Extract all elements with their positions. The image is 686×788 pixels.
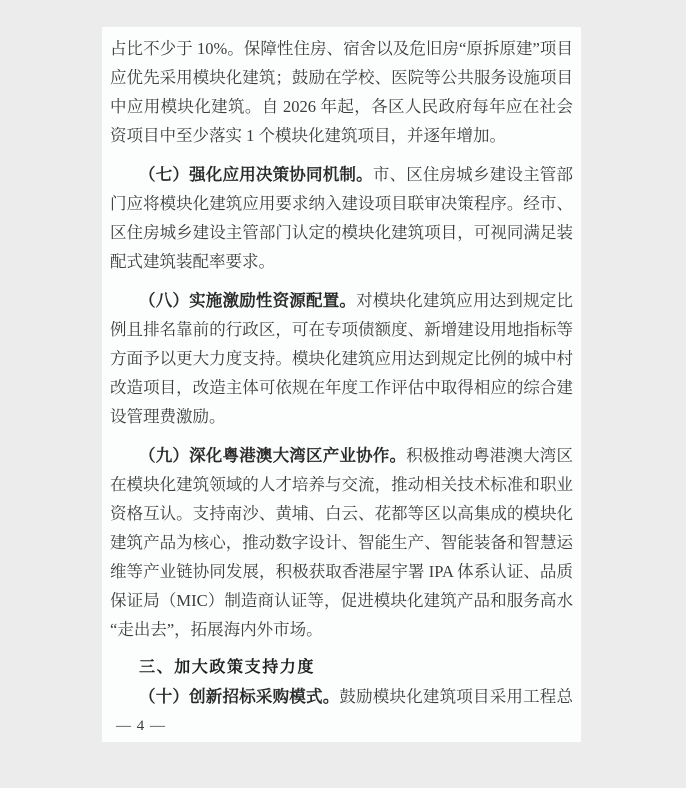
document-viewer: 占比不少于 10%。保障性住房、宿舍以及危旧房“原拆原建”项目应优先采用模块化建…: [0, 0, 686, 788]
text-line: 维等产业链协同发展，积极获取香港屋宇署 IPA 体系认证、品质: [110, 557, 573, 586]
body-text: 维等产业链协同发展，积极获取香港屋宇署 IPA 体系认证、品质: [110, 562, 573, 581]
text-line: （十）创新招标采购模式。鼓励模块化建筑项目采用工程总: [110, 682, 573, 711]
emphasis-text: （十）创新招标采购模式。: [139, 687, 339, 706]
text-line: 在模块化建筑领域的人才培养与交流，推动相关技术标准和职业: [110, 470, 573, 499]
text-line: “走出去”，拓展海内外市场。: [110, 615, 573, 644]
body-text: 区住房城乡建设主管部门认定的模块化建筑项目，可视同满足装: [110, 223, 573, 242]
body-text: 配式建筑装配率要求。: [110, 252, 275, 271]
body-text: 设管理费激励。: [110, 407, 226, 426]
document-body: 占比不少于 10%。保障性住房、宿舍以及危旧房“原拆原建”项目应优先采用模块化建…: [110, 34, 573, 711]
paragraph: （九）深化粤港澳大湾区产业协作。积极推动粤港澳大湾区在模块化建筑领域的人才培养与…: [110, 441, 573, 644]
body-text: 中应用模块化建筑。自 2026 年起，各区人民政府每年应在社会投: [110, 97, 573, 121]
text-line: （九）深化粤港澳大湾区产业协作。积极推动粤港澳大湾区: [110, 441, 573, 470]
text-line: 方面予以更大力度支持。模块化建筑应用达到规定比例的城中村: [110, 344, 573, 373]
body-text: 市、区住房城乡建设主管部: [373, 165, 573, 184]
text-line: 占比不少于 10%。保障性住房、宿舍以及危旧房“原拆原建”项目: [110, 34, 573, 63]
text-line: 门应将模块化建筑应用要求纳入建设项目联审决策程序。经市、: [110, 189, 573, 218]
paragraph: （七）强化应用决策协同机制。市、区住房城乡建设主管部门应将模块化建筑应用要求纳入…: [110, 160, 573, 276]
body-text: 改造项目，改造主体可依规在年度工作评估中取得相应的综合建: [110, 378, 573, 397]
text-line: 配式建筑装配率要求。: [110, 247, 573, 276]
text-line: 设管理费激励。: [110, 402, 573, 431]
body-text: 门应将模块化建筑应用要求纳入建设项目联审决策程序。经市、: [110, 194, 573, 213]
text-line: 资格互认。支持南沙、黄埔、白云、花都等区以高集成的模块化: [110, 499, 573, 528]
page-number: — 4 —: [116, 716, 573, 736]
text-line: 建筑产品为核心，推动数字设计、智能生产、智能装备和智慧运: [110, 528, 573, 557]
body-text: 资格互认。支持南沙、黄埔、白云、花都等区以高集成的模块化: [110, 504, 573, 523]
body-text: 建筑产品为核心，推动数字设计、智能生产、智能装备和智慧运: [110, 533, 573, 552]
text-line: 区住房城乡建设主管部门认定的模块化建筑项目，可视同满足装: [110, 218, 573, 247]
section-heading: 三、加大政策支持力度: [110, 652, 573, 681]
text-line: （八）实施激励性资源配置。对模块化建筑应用达到规定比: [110, 286, 573, 315]
body-text: 鼓励模块化建筑项目采用工程总: [339, 687, 573, 706]
text-line: 改造项目，改造主体可依规在年度工作评估中取得相应的综合建: [110, 373, 573, 402]
text-line: 保证局（MIC）制造商认证等，促进模块化建筑产品和服务高水平: [110, 586, 573, 615]
emphasis-text: （八）实施激励性资源配置。: [139, 291, 356, 310]
text-line: 三、加大政策支持力度: [110, 652, 573, 681]
body-text: 在模块化建筑领域的人才培养与交流，推动相关技术标准和职业: [110, 475, 573, 494]
paragraph: 占比不少于 10%。保障性住房、宿舍以及危旧房“原拆原建”项目应优先采用模块化建…: [110, 34, 573, 150]
paragraph: （八）实施激励性资源配置。对模块化建筑应用达到规定比例且排名靠前的行政区，可在专…: [110, 286, 573, 431]
body-text: 应优先采用模块化建筑；鼓励在学校、医院等公共服务设施项目: [110, 68, 573, 87]
emphasis-text: 三、加大政策支持力度: [139, 659, 315, 676]
body-text: 资项目中至少落实 1 个模块化建筑项目，并逐年增加。: [110, 126, 506, 145]
text-line: 应优先采用模块化建筑；鼓励在学校、医院等公共服务设施项目: [110, 63, 573, 92]
text-line: （七）强化应用决策协同机制。市、区住房城乡建设主管部: [110, 160, 573, 189]
body-text: 例且排名靠前的行政区，可在专项债额度、新增建设用地指标等: [110, 320, 573, 339]
emphasis-text: （七）强化应用决策协同机制。: [139, 165, 373, 184]
document-page: 占比不少于 10%。保障性住房、宿舍以及危旧房“原拆原建”项目应优先采用模块化建…: [102, 27, 581, 742]
body-text: 积极推动粤港澳大湾区: [406, 446, 573, 465]
body-text: 对模块化建筑应用达到规定比: [356, 291, 573, 310]
body-text: “走出去”，拓展海内外市场。: [110, 620, 323, 639]
paragraph: （十）创新招标采购模式。鼓励模块化建筑项目采用工程总: [110, 682, 573, 711]
emphasis-text: （九）深化粤港澳大湾区产业协作。: [139, 446, 406, 465]
body-text: 方面予以更大力度支持。模块化建筑应用达到规定比例的城中村: [110, 349, 573, 368]
body-text: 占比不少于 10%。保障性住房、宿舍以及危旧房“原拆原建”项目: [110, 39, 573, 58]
text-line: 资项目中至少落实 1 个模块化建筑项目，并逐年增加。: [110, 121, 573, 150]
body-text: 保证局（MIC）制造商认证等，促进模块化建筑产品和服务高水平: [110, 591, 573, 615]
text-line: 例且排名靠前的行政区，可在专项债额度、新增建设用地指标等: [110, 315, 573, 344]
text-line: 中应用模块化建筑。自 2026 年起，各区人民政府每年应在社会投: [110, 92, 573, 121]
